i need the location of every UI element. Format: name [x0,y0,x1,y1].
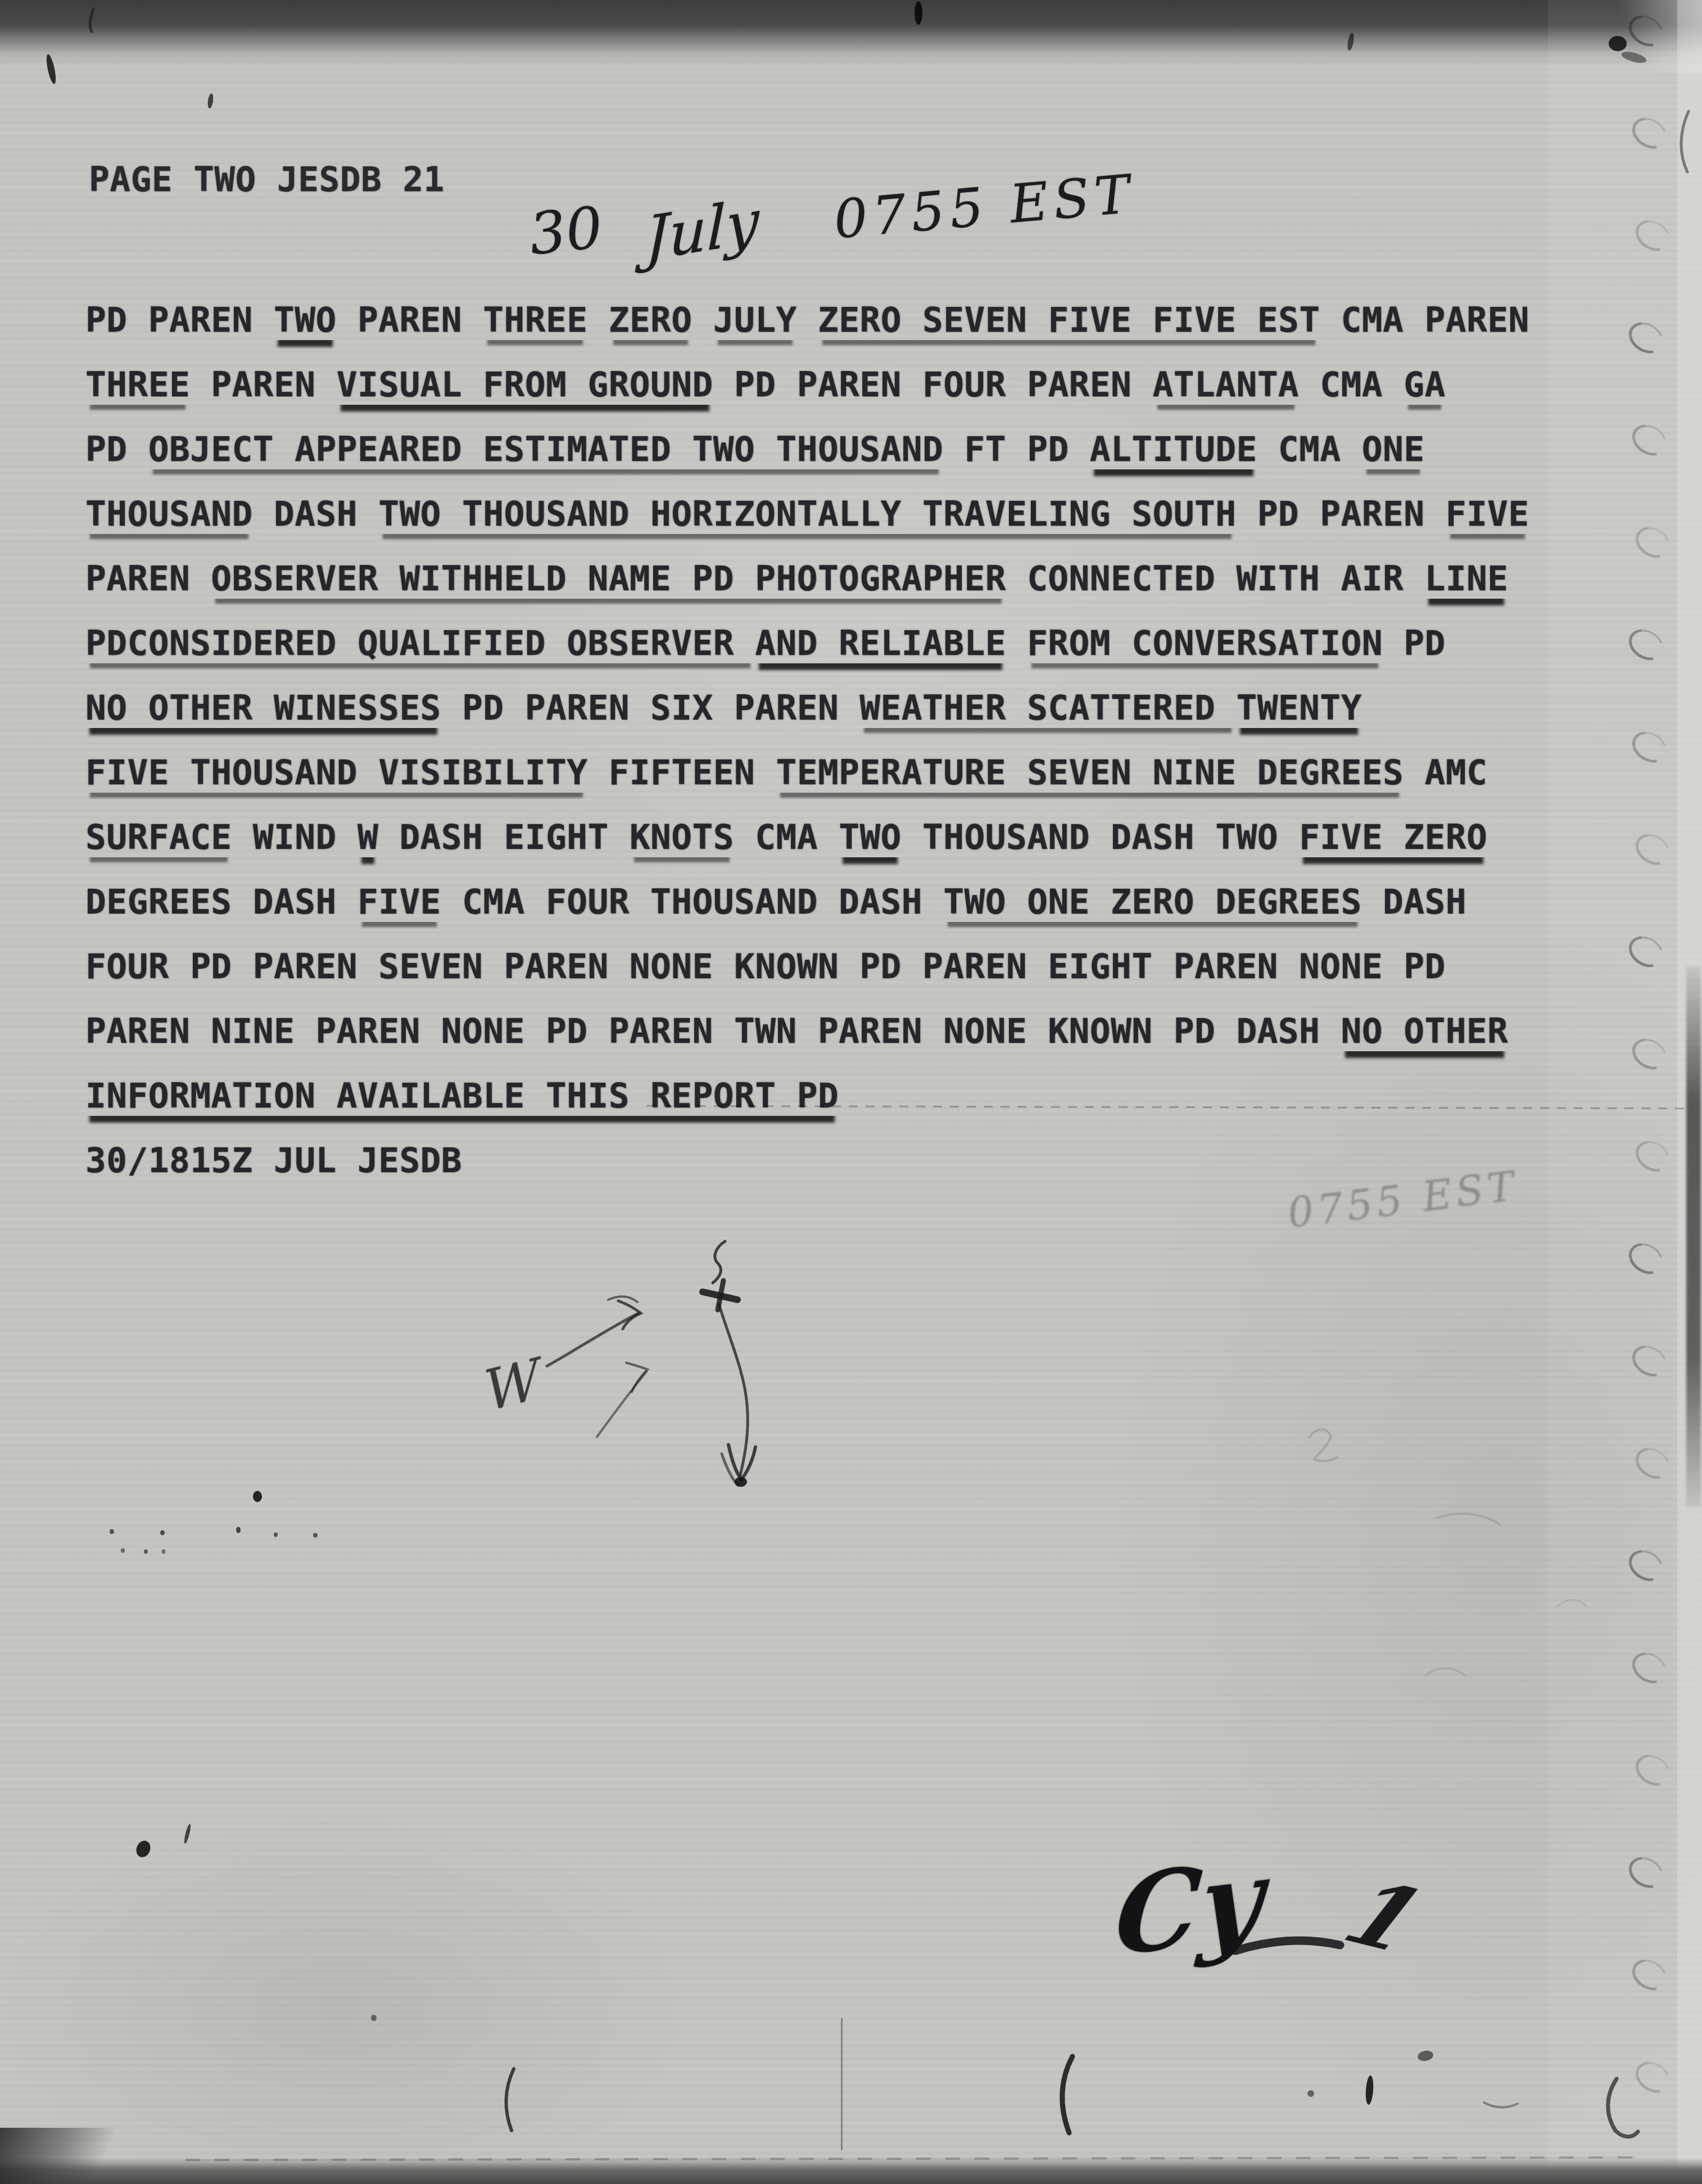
ink-speck [371,2015,377,2021]
ink-speck [313,1533,318,1538]
ink-speck [162,1549,165,1554]
ink-speck [253,1491,262,1502]
ink-speck [274,1532,278,1537]
handwritten-sketch-and-marks [0,0,1702,2184]
ink-speck [110,1529,114,1534]
copy-number-annotation: Cy [1111,1835,1268,1980]
ink-speck [1609,36,1627,51]
ink-speck [1307,2090,1314,2097]
ink-speck [144,1549,148,1554]
ink-speck [160,1530,165,1535]
scan-vertical-line [841,2018,843,2150]
ink-speck [915,1,922,25]
scanned-telegram-page: PAGE TWO JESDB 21 30 July 0755 EST PD PA… [0,0,1702,2184]
ink-speck [236,1527,241,1533]
ink-speck [121,1548,125,1553]
